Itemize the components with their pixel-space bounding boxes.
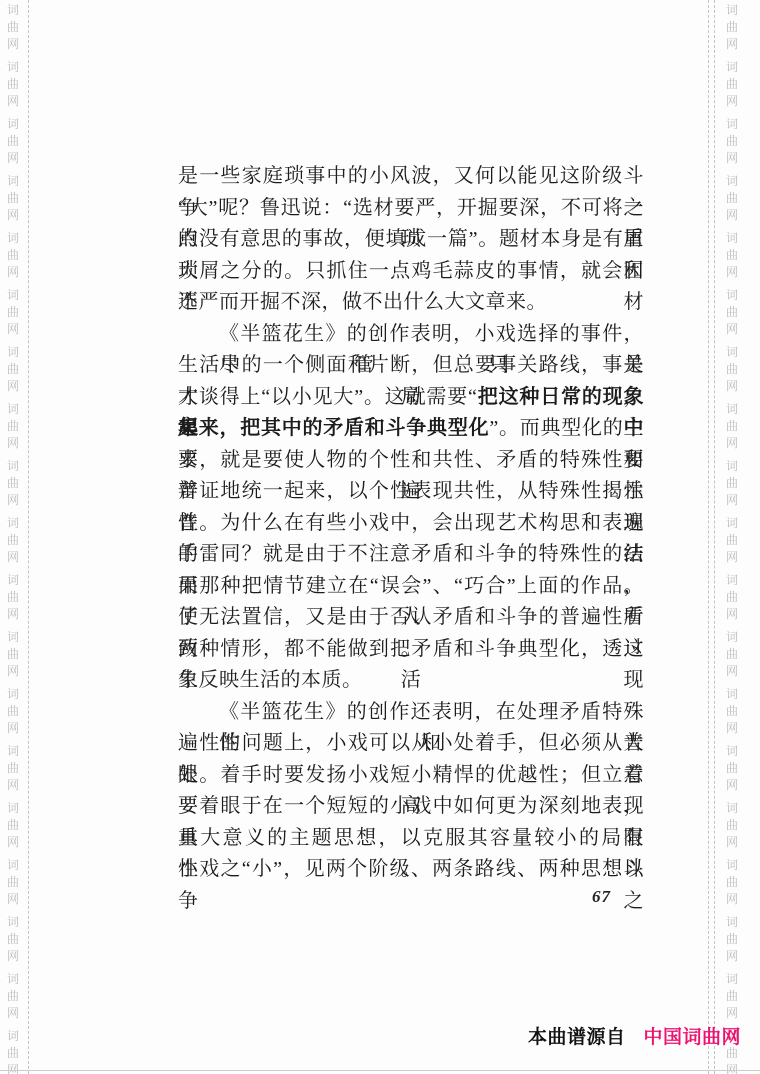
watermark-text: 词曲网 xyxy=(722,515,742,566)
text-line: 起来，把其中的矛盾和斗争典型化”。而典型化的主要要 xyxy=(178,413,644,445)
watermark-text: 词曲网 xyxy=(3,116,23,167)
watermark-text: 词曲网 xyxy=(722,230,742,281)
watermark-text: 词曲网 xyxy=(722,2,742,53)
text-line-paragraph-start: 《半篮花生》的创作还表明，在处理矛盾特殊性和普 xyxy=(178,697,644,729)
watermark-text: 词曲网 xyxy=(722,59,742,110)
watermark-text: 词曲网 xyxy=(3,1028,23,1074)
site-name: 中国词曲网 xyxy=(644,1022,742,1049)
watermark-text: 词曲网 xyxy=(722,116,742,167)
text-line: 要着眼于在一个短短的小戏中如何更为深刻地表现具有 xyxy=(178,791,644,823)
watermark-text: 词曲网 xyxy=(722,401,742,452)
text-line: 而那种把情节建立在“误会”、“巧合”上面的作品，使人看 xyxy=(178,571,644,603)
watermark-column-right: 词曲网词曲网词曲网词曲网词曲网词曲网词曲网词曲网词曲网词曲网词曲网词曲网词曲网词… xyxy=(722,2,742,1074)
watermark-text: 词曲网 xyxy=(3,629,23,680)
watermark-text: 词曲网 xyxy=(3,344,23,395)
text-line: 的没有意思的事故，便填成一篇”。题材本身是有重大和 xyxy=(178,224,644,256)
text-line: 辩证地统一起来，以个性表现共性，从特殊性揭示普遍 xyxy=(178,476,644,508)
margin-divider-right-outer xyxy=(708,0,709,1074)
watermark-text: 词曲网 xyxy=(3,59,23,110)
watermark-text: 词曲网 xyxy=(3,287,23,338)
text-line: 琐屑之分的。只抓住一点鸡毛蒜皮的事情，就会因选材 xyxy=(178,256,644,288)
emphasized-quote: 起来，把其中的矛盾和斗争典型化 xyxy=(178,417,489,439)
watermark-text: 词曲网 xyxy=(3,173,23,224)
watermark-text: 词曲网 xyxy=(722,743,742,794)
watermark-text: 词曲网 xyxy=(722,800,742,851)
margin-divider-right-inner xyxy=(714,0,715,1074)
text-line: 两种情形，都不能做到把矛盾和斗争典型化，透过生活现 xyxy=(178,634,644,666)
watermark-text: 词曲网 xyxy=(722,857,742,908)
watermark-text: 词曲网 xyxy=(722,344,742,395)
watermark-text: 词曲网 xyxy=(3,2,23,53)
watermark-text: 词曲网 xyxy=(722,686,742,737)
text-line: 才谈得上“以小见大”。这就需要“把这种日常的现象集中 xyxy=(178,382,644,414)
text-line: 重大意义的主题思想，以克服其容量较小的局限性。以 xyxy=(178,823,644,855)
watermark-text: 词曲网 xyxy=(3,857,23,908)
page-number: 67 xyxy=(592,887,611,907)
watermark-text: 词曲网 xyxy=(722,914,742,965)
watermark-text: 词曲网 xyxy=(3,515,23,566)
text-line: 求，就是要使人物的个性和共性、矛盾的特殊性和普遍性 xyxy=(178,445,644,477)
text-line: 的雷同？就是由于不注意矛盾和斗争的特殊性的结果。 xyxy=(178,539,644,571)
watermark-text: 词曲网 xyxy=(3,686,23,737)
watermark-text: 词曲网 xyxy=(3,458,23,509)
watermark-text: 词曲网 xyxy=(722,572,742,623)
watermark-text: 词曲网 xyxy=(3,230,23,281)
watermark-text: 词曲网 xyxy=(722,629,742,680)
watermark-text: 词曲网 xyxy=(3,914,23,965)
page-text: 是一些家庭琐事中的小风波，又何以能见这阶级斗争之 “大”呢？鲁迅说：“选材要严，… xyxy=(178,161,644,886)
page-bottom-edge xyxy=(0,1070,760,1071)
text-line: 遍性的问题上，小戏可以从小处着手，但必须从大处着 xyxy=(178,728,644,760)
watermark-text: 词曲网 xyxy=(722,173,742,224)
watermark-column-left: 词曲网词曲网词曲网词曲网词曲网词曲网词曲网词曲网词曲网词曲网词曲网词曲网词曲网词… xyxy=(3,2,23,1074)
watermark-text: 词曲网 xyxy=(3,971,23,1022)
watermark-text: 词曲网 xyxy=(3,401,23,452)
scanned-book-page: 词曲网词曲网词曲网词曲网词曲网词曲网词曲网词曲网词曲网词曲网词曲网词曲网词曲网词… xyxy=(0,0,760,1074)
text-line: 性。为什么在有些小戏中，会出现艺术构思和表现手法 xyxy=(178,508,644,540)
text-line: 眼。着手时要发扬小戏短小精悍的优越性；但立意要高， xyxy=(178,760,644,792)
watermark-text: 词曲网 xyxy=(3,572,23,623)
text-line: “大”呢？鲁迅说：“选材要严，开掘要深，不可将一点琐屑 xyxy=(178,193,644,225)
attribution-label: 本曲谱源自 xyxy=(528,1022,626,1049)
watermark-text: 词曲网 xyxy=(722,971,742,1022)
watermark-text: 词曲网 xyxy=(3,743,23,794)
text-line: 是一些家庭琐事中的小风波，又何以能见这阶级斗争之 xyxy=(178,161,644,193)
text-line: 生活中的一个侧面和片断，但总要事关路线，事关大局， xyxy=(178,350,644,382)
text-line: 了无法置信，又是由于否认矛盾和斗争的普遍性所致。这 xyxy=(178,602,644,634)
margin-divider-left xyxy=(28,0,29,1074)
watermark-text: 词曲网 xyxy=(3,800,23,851)
text-line: 小戏之“小”，见两个阶级、两条路线、两种思想斗争之 xyxy=(178,854,644,886)
footer-attribution: 本曲谱源自 中国词曲网 xyxy=(528,1022,741,1049)
text-line-paragraph-start: 《半篮花生》的创作表明，小戏选择的事件，尽管只是 xyxy=(178,319,644,351)
watermark-text: 词曲网 xyxy=(722,287,742,338)
watermark-text: 词曲网 xyxy=(722,458,742,509)
